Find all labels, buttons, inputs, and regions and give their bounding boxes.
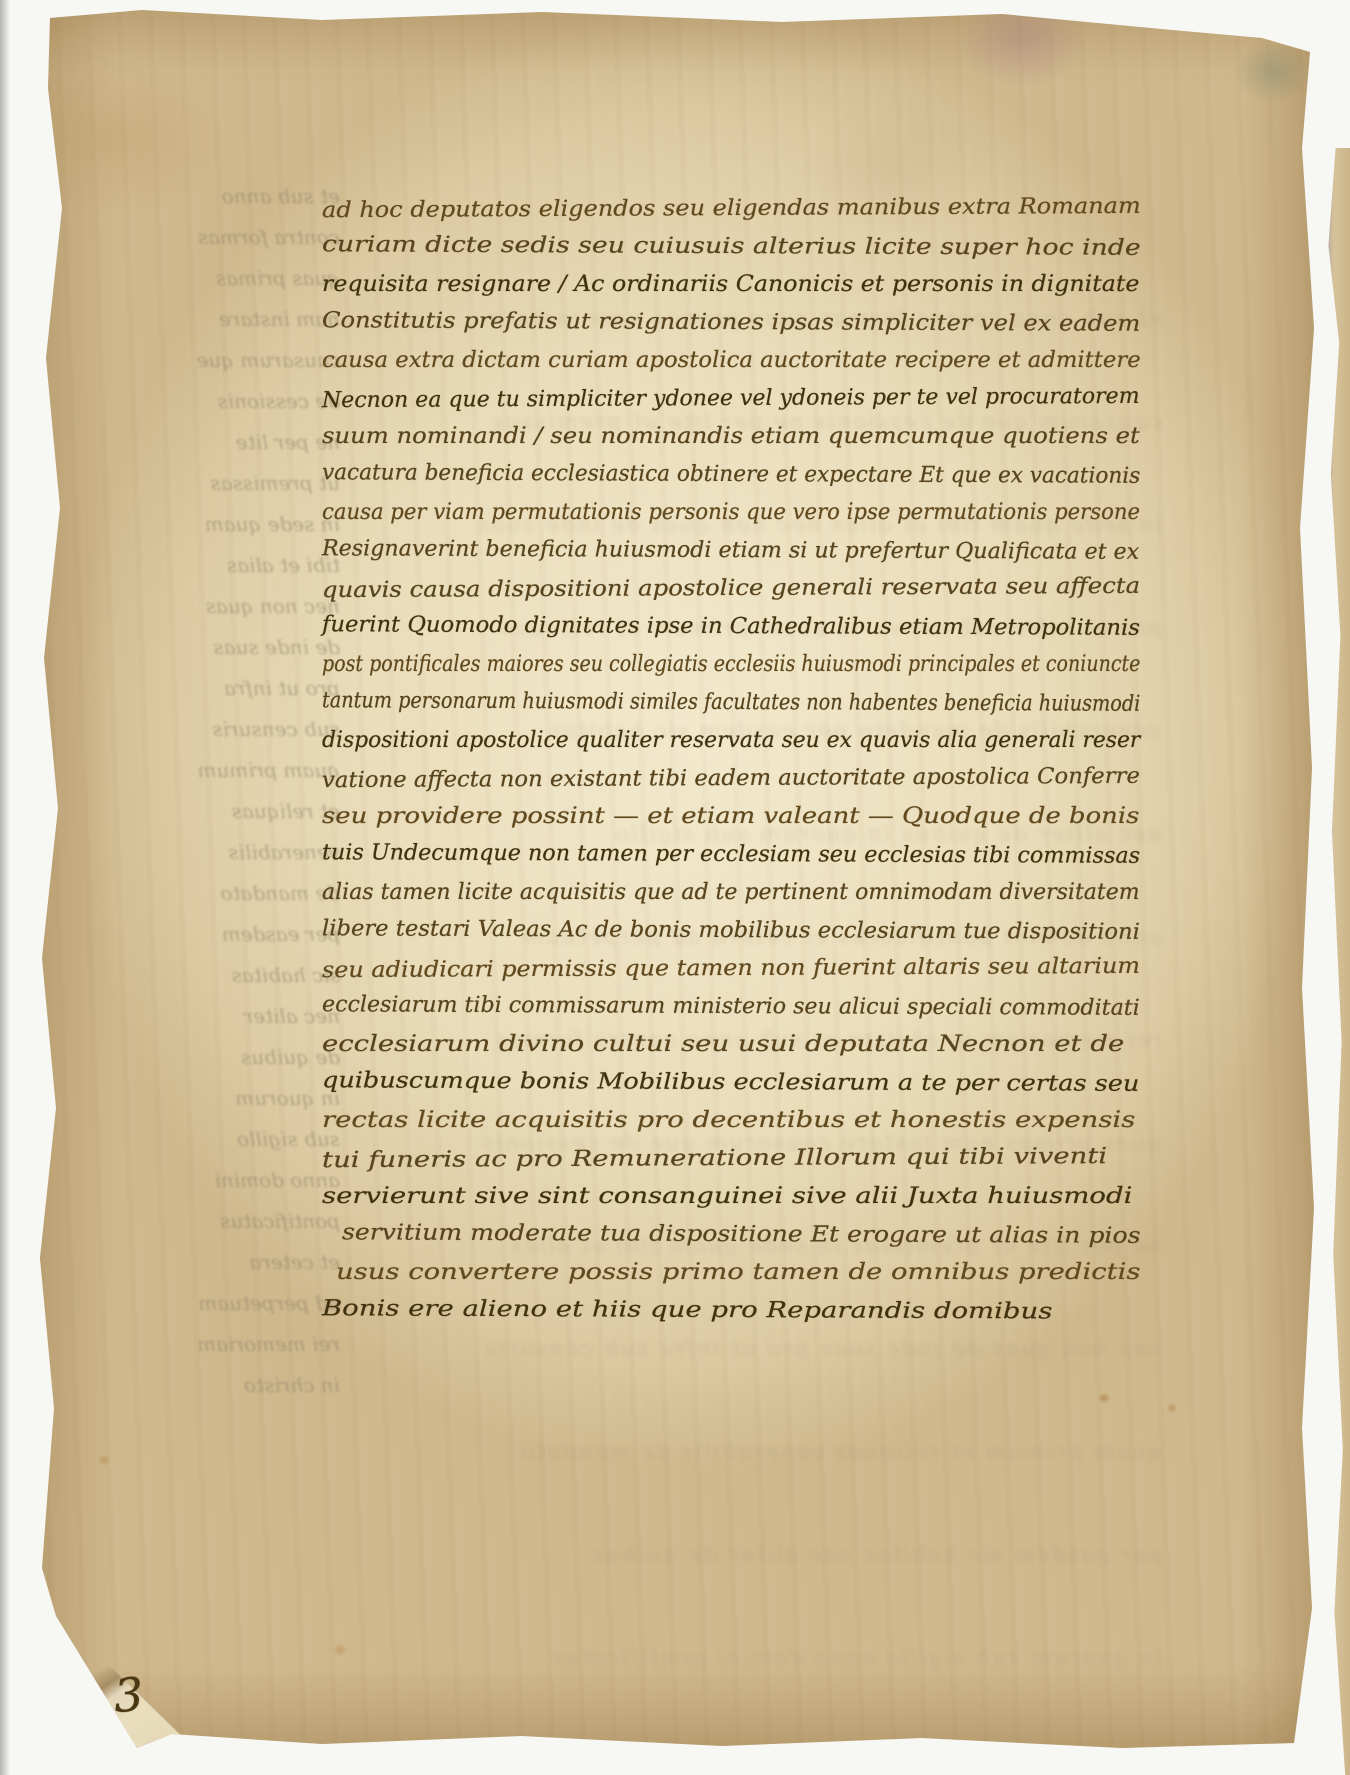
text-line: usus convertere possis primo tamen de om… xyxy=(322,1254,1140,1292)
text-line-ink: vatione affecta non existant tibi eadem … xyxy=(322,758,1140,800)
text-line-ink: rectas licite acquisitis pro decentibus … xyxy=(322,1102,1135,1140)
text-line: requisita resignare / Ac ordinariis Cano… xyxy=(322,266,1140,304)
manuscript-page: et sub anno contra formas quas primas na… xyxy=(22,8,1317,1750)
show-through-line: de mandato xyxy=(48,873,340,914)
show-through-line: causarum que xyxy=(48,340,340,381)
show-through-margin-text: et sub annocontra formasquas primasnam i… xyxy=(48,176,340,1406)
text-line: curiam dicte sedis seu cuiusuis alterius… xyxy=(322,226,1140,268)
adjacent-page-edge xyxy=(1326,148,1350,1775)
show-through-line: in quorum xyxy=(48,1078,340,1119)
show-through-line: sic habitas xyxy=(48,955,340,996)
text-line-ink: Resignaverint beneficia huiusmodi etiam … xyxy=(322,530,1139,572)
text-line: libere testari Valeas Ac de bonis mobili… xyxy=(322,910,1140,952)
show-through-line: per easdem xyxy=(48,914,340,955)
page-number: 3 xyxy=(112,1667,145,1723)
show-through-line: in christo xyxy=(48,1365,340,1406)
folded-corner-crease xyxy=(22,1553,322,1750)
text-line-ink: fuerint Quomodo dignitates ipse in Cathe… xyxy=(322,606,1140,648)
text-line: seu providere possint — et etiam valeant… xyxy=(322,798,1140,836)
text-line: alias tamen licite acquisitis que ad te … xyxy=(322,874,1140,912)
text-line-ink: ecclesiarum divino cultui seu usui deput… xyxy=(322,1026,1124,1064)
text-line: servierunt sive sint consanguinei sive a… xyxy=(322,1178,1140,1216)
text-line: Bonis ere alieno et hiis que pro Reparan… xyxy=(322,1290,1140,1332)
text-line: ecclesiarum divino cultui seu usui deput… xyxy=(322,1026,1140,1064)
show-through-line: pontificatus xyxy=(48,1201,340,1242)
text-line-ink: libere testari Valeas Ac de bonis mobili… xyxy=(322,910,1140,952)
show-through-line: in quorum sub sigillo anno domini pontif… xyxy=(82,1607,1162,1710)
show-through-line: de cessionis xyxy=(48,381,340,422)
text-line: tui funeris ac pro Remuneratione Illorum… xyxy=(322,1138,1140,1180)
text-line: ecclesiarum tibi commissarum ministerio … xyxy=(322,986,1140,1028)
show-through-line: anno domini xyxy=(48,1160,340,1201)
show-through-line: et reliquas xyxy=(48,791,340,832)
text-line: rectas licite acquisitis pro decentibus … xyxy=(322,1102,1140,1140)
show-through-line: ad perpetuam xyxy=(48,1283,340,1324)
text-line-ink: tantum personarum huiusmodi similes facu… xyxy=(322,682,1141,724)
show-through-line: quas primas xyxy=(48,258,340,299)
text-line-ink: servierunt sive sint consanguinei sive a… xyxy=(322,1178,1132,1216)
text-line: suum nominandi / seu nominandis etiam qu… xyxy=(322,418,1140,456)
text-line-ink: ad hoc deputatos eligendos seu eligendas… xyxy=(322,188,1141,230)
text-line-ink: usus convertere possis primo tamen de om… xyxy=(336,1254,1140,1292)
show-through-line: nam instare xyxy=(48,299,340,340)
text-line: vatione affecta non existant tibi eadem … xyxy=(322,758,1140,800)
show-through-line: rei memoriam xyxy=(48,1324,340,1365)
text-line-ink: seu adiudicari permissis que tamen non f… xyxy=(322,948,1140,990)
text-line-ink: alias tamen licite acquisitis que ad te … xyxy=(322,874,1140,912)
text-line: causa per viam permutationis personis qu… xyxy=(322,494,1140,532)
text-line-ink: seu providere possint — et etiam valeant… xyxy=(322,798,1139,836)
manuscript-text-block: ad hoc deputatos eligendos seu eligendas… xyxy=(322,190,1140,1330)
text-line: quavis causa dispositioni apostolice gen… xyxy=(322,568,1140,610)
show-through-line: in sede quam xyxy=(48,504,340,545)
text-line: tuis Undecumque non tamen per ecclesiam … xyxy=(322,834,1140,876)
text-line-ink: curiam dicte sedis seu cuiusuis alterius… xyxy=(322,226,1141,268)
text-line-ink: ecclesiarum tibi commissarum ministerio … xyxy=(322,986,1140,1028)
text-line-ink: tuis Undecumque non tamen per ecclesiam … xyxy=(322,834,1140,876)
text-line: Necnon ea que tu simpliciter ydonee vel … xyxy=(322,378,1140,420)
show-through-line: ne per lite xyxy=(48,422,340,463)
text-line-ink: causa per viam permutationis personis qu… xyxy=(322,494,1140,532)
scanner-background: et sub anno contra formas quas primas na… xyxy=(0,0,1350,1775)
show-through-line: et cetera xyxy=(48,1242,340,1283)
text-line: Constitutis prefatis ut resignationes ip… xyxy=(322,302,1140,344)
show-through-line: quam primum et reliquas venerabilis de m… xyxy=(82,1401,1162,1504)
text-line-ink: quavis causa dispositioni apostolice gen… xyxy=(322,568,1140,610)
show-through-line: contra formas xyxy=(48,217,340,258)
text-line: servitium moderate tua dispositione Et e… xyxy=(322,1214,1140,1256)
text-line-ink: post pontificales maiores seu collegiati… xyxy=(322,646,1140,684)
text-line: quibuscumque bonis Mobilibus ecclesiarum… xyxy=(322,1062,1140,1104)
text-line-ink: Necnon ea que tu simpliciter ydonee vel … xyxy=(322,378,1140,420)
text-line-ink: tui funeris ac pro Remuneratione Illorum… xyxy=(322,1138,1107,1180)
show-through-line: sub sigillo xyxy=(48,1119,340,1160)
show-through-line: tibi et alias xyxy=(48,545,340,586)
text-line: causa extra dictam curiam apostolica auc… xyxy=(322,342,1140,380)
show-through-line: venerabilis xyxy=(48,832,340,873)
show-through-line: ut premissas xyxy=(48,463,340,504)
text-line-ink: causa extra dictam curiam apostolica auc… xyxy=(322,342,1141,380)
text-line: Resignaverint beneficia huiusmodi etiam … xyxy=(322,530,1140,572)
text-line: dispositioni apostolice qualiter reserva… xyxy=(322,722,1140,760)
text-line-ink: quibuscumque bonis Mobilibus ecclesiarum… xyxy=(322,1062,1140,1104)
text-line: ad hoc deputatos eligendos seu eligendas… xyxy=(322,188,1140,230)
text-line: seu adiudicari permissis que tamen non f… xyxy=(322,948,1140,990)
show-through-line: quam primum xyxy=(48,750,340,791)
text-line: fuerint Quomodo dignitates ipse in Cathe… xyxy=(322,606,1140,648)
text-line: vacatura beneficia ecclesiastica obtiner… xyxy=(322,454,1140,496)
text-line-ink: vacatura beneficia ecclesiastica obtiner… xyxy=(322,454,1140,496)
text-line-ink: suum nominandi / seu nominandis etiam qu… xyxy=(322,418,1140,456)
show-through-line: nec non quas xyxy=(48,586,340,627)
show-through-line: de quibus xyxy=(48,1037,340,1078)
text-line-ink: servitium moderate tua dispositione Et e… xyxy=(342,1214,1141,1255)
show-through-line: pro ut infra xyxy=(48,668,340,709)
show-through-line: sub censuris xyxy=(48,709,340,750)
text-line-ink: requisita resignare / Ac ordinariis Cano… xyxy=(322,266,1139,304)
show-through-line: nec aliter xyxy=(48,996,340,1037)
text-line-ink: Bonis ere alieno et hiis que pro Reparan… xyxy=(322,1290,1053,1331)
text-line: tantum personarum huiusmodi similes facu… xyxy=(322,682,1140,724)
show-through-line: de inde suas xyxy=(48,627,340,668)
show-through-line: per easdem sic habitas nec aliter de qui… xyxy=(82,1504,1162,1607)
text-line: post pontificales maiores seu collegiati… xyxy=(322,646,1140,684)
show-through-line: et sub anno xyxy=(48,176,340,217)
text-line-ink: dispositioni apostolice qualiter reserva… xyxy=(322,722,1140,760)
text-line-ink: Constitutis prefatis ut resignationes ip… xyxy=(322,302,1141,344)
